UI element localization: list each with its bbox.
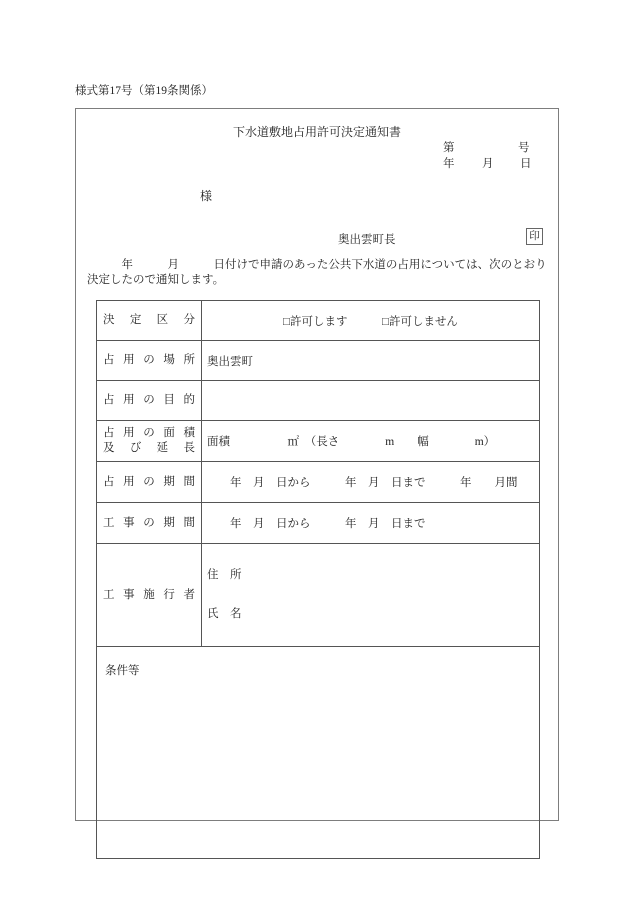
decision-table: 決定区分 □許可します □許可しません 占用の場所 奥出雲町 占用の目的 <box>96 300 540 859</box>
row-label-line-1: 占用の面積 <box>103 426 195 441</box>
table-row-contractor: 工事施行者 住 所 氏 名 <box>97 544 540 647</box>
row-label: 占用の場所 <box>103 353 195 368</box>
table-row-place: 占用の場所 奥出雲町 <box>97 341 540 381</box>
contractor-name-label: 氏 名 <box>207 607 539 622</box>
conditions-cell: 条件等 <box>97 647 540 859</box>
decision-options: □許可します □許可しません <box>202 301 540 341</box>
date-day-label: 日 <box>520 155 532 171</box>
table-row-area: 占用の面積 及び延長 面積 ㎡ （長さ m 幅 m） <box>97 421 540 462</box>
table-row-construction-period: 工事の期間 年 月 日から 年 月 日まで <box>97 503 540 544</box>
notice-border-box: 下水道敷地占用許可決定通知書 第 号 年 月 日 様 奥出雲町長 印 年 月 日… <box>75 108 559 821</box>
body-line-2: 決定したので通知します。 <box>87 273 553 288</box>
row-label: 工事施行者 <box>103 588 195 603</box>
row-label-cell: 工事の期間 <box>97 503 202 544</box>
row-label: 決定区分 <box>103 313 195 328</box>
document-title: 下水道敷地占用許可決定通知書 <box>76 123 558 140</box>
date-year-label: 年 <box>443 155 455 171</box>
addressee-suffix: 様 <box>200 187 212 204</box>
row-label-cell: 占用の目的 <box>97 381 202 421</box>
occupation-area-value: 面積 ㎡ （長さ m 幅 m） <box>202 421 540 462</box>
contractor-address-label: 住 所 <box>207 568 539 583</box>
row-label-cell: 占用の面積 及び延長 <box>97 421 202 462</box>
occupation-period-value: 年 月 日から 年 月 日まで 年 月間 <box>202 462 540 503</box>
table-row-purpose: 占用の目的 <box>97 381 540 421</box>
row-label-cell: 工事施行者 <box>97 544 202 647</box>
row-label-line-2: 及び延長 <box>103 441 195 456</box>
seal-mark: 印 <box>526 228 543 245</box>
doc-number-prefix: 第 <box>443 139 455 155</box>
row-label: 占用の目的 <box>103 393 195 408</box>
table-row-conditions: 条件等 <box>97 647 540 859</box>
doc-number-suffix: 号 <box>518 139 530 155</box>
body-paragraph: 年 月 日付けで申請のあった公共下水道の占用については、次のとおり 決定したので… <box>87 258 553 288</box>
occupation-place-value: 奥出雲町 <box>202 341 540 381</box>
body-line-1: 年 月 日付けで申請のあった公共下水道の占用については、次のとおり <box>87 258 553 273</box>
row-label-cell: 占用の期間 <box>97 462 202 503</box>
table-row-decision: 決定区分 □許可します □許可しません <box>97 301 540 341</box>
row-label: 工事の期間 <box>103 516 195 531</box>
row-label: 占用の期間 <box>103 475 195 490</box>
form-number-label: 様式第17号（第19条関係） <box>75 82 213 98</box>
date-month-label: 月 <box>482 155 494 171</box>
row-label-cell: 決定区分 <box>97 301 202 341</box>
contractor-value-cell: 住 所 氏 名 <box>202 544 540 647</box>
occupation-purpose-value <box>202 381 540 421</box>
construction-period-value: 年 月 日から 年 月 日まで <box>202 503 540 544</box>
table-row-occupation-period: 占用の期間 年 月 日から 年 月 日まで 年 月間 <box>97 462 540 503</box>
conditions-label: 条件等 <box>105 665 140 677</box>
document-page: 様式第17号（第19条関係） 下水道敷地占用許可決定通知書 第 号 年 月 日 … <box>0 0 630 915</box>
issuer-title: 奥出雲町長 <box>338 231 396 247</box>
row-label-cell: 占用の場所 <box>97 341 202 381</box>
